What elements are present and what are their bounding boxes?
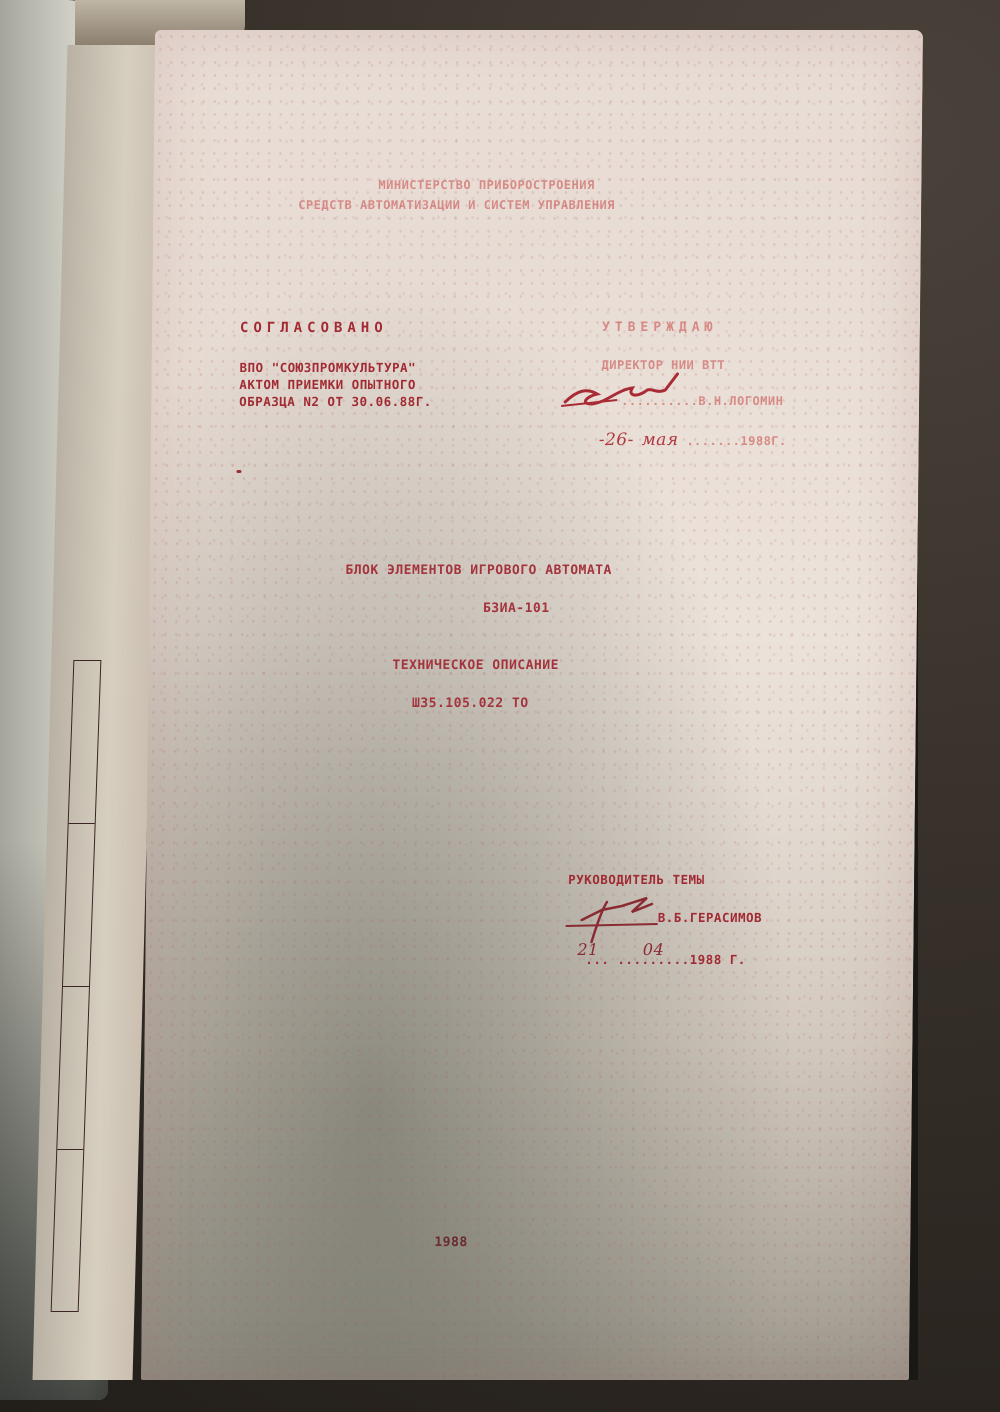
stamp-cell [57, 987, 89, 1150]
footer-year: 1988 [434, 1235, 467, 1250]
agreed-line-1: ВПО "СОЮЗПРОМКУЛЬТУРА" [239, 360, 416, 375]
agreed-line-2: АКТОМ ПРИЕМКИ ОПЫТНОГО [239, 377, 416, 392]
document-model: БЗИА-101 [483, 601, 550, 616]
ministry-line-2: СРЕДСТВ АВТОМАТИЗАЦИИ И СИСТЕМ УПРАВЛЕНИ… [298, 198, 615, 212]
title-page: МИНИСТЕРСТВО ПРИБОРОСТРОЕНИЯ СРЕДСТВ АВТ… [141, 30, 923, 1380]
approved-date: -26- мая .......1988Г. [599, 430, 787, 450]
project-lead-date-line: ... .........1988 Г. [585, 952, 746, 967]
document-code: ШЗ5.105.022 ТО [412, 696, 529, 711]
approved-heading: УТВЕРЖДАЮ [602, 320, 718, 335]
project-lead-name: В.Б.ГЕРАСИМОВ [658, 910, 763, 925]
agreed-heading: СОГЛАСОВАНО [240, 320, 388, 336]
agreed-line-3: ОБРАЗЦА N2 ОТ 30.06.88Г. [239, 394, 432, 409]
approved-signatory: ..........В.Н.ЛОГОМИН [621, 394, 783, 408]
ministry-line-1: МИНИСТЕРСТВО ПРИБОРОСТРОЕНИЯ [378, 178, 594, 192]
stamp-cell [52, 1150, 84, 1312]
document-title: БЛОК ЭЛЕМЕНТОВ ИГРОВОГО АВТОМАТА [345, 563, 612, 578]
ink-mark [236, 470, 241, 473]
paper-speckle [141, 30, 923, 1380]
stamp-cell [69, 661, 101, 824]
document-type: ТЕХНИЧЕСКОЕ ОПИСАНИЕ [392, 658, 559, 673]
project-lead-title: РУКОВОДИТЕЛЬ ТЕМЫ [568, 872, 705, 887]
stamp-cell [63, 824, 95, 987]
